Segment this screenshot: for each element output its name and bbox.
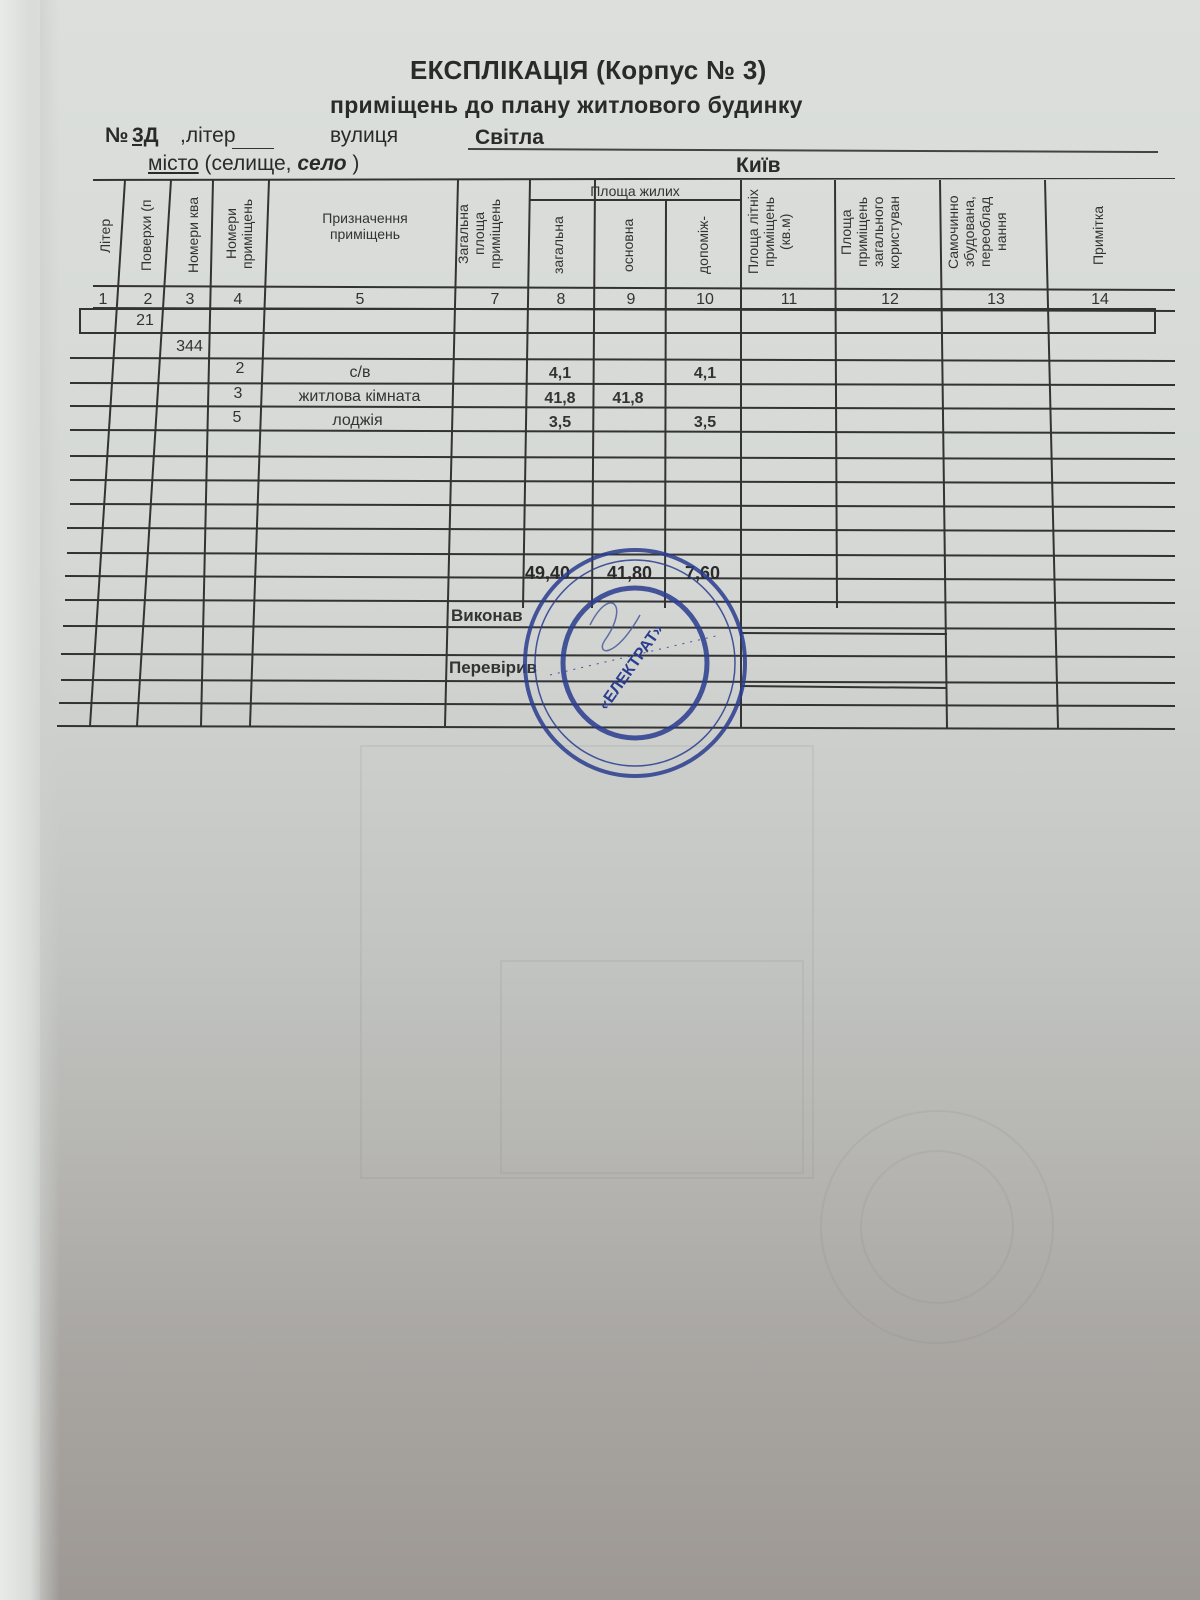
header-summer-area: Площа літніх приміщень (кв.м): [745, 182, 830, 282]
header-living-main: основна: [620, 206, 640, 284]
number-label: №: [105, 124, 128, 148]
street-label: вулиця: [330, 124, 398, 148]
floor-value: 21: [125, 312, 165, 330]
colnum-3: 3: [170, 291, 210, 309]
colnum-4: 4: [218, 291, 258, 309]
total-living-area: 49,40: [525, 563, 570, 584]
living-total-value: 3,5: [530, 414, 590, 432]
room-number: 5: [217, 409, 257, 427]
colnum-10: 10: [685, 291, 725, 309]
document-title: ЕКСПЛІКАЦІЯ (Корпус № 3): [410, 55, 767, 86]
room-purpose: житлова кімната: [267, 388, 452, 406]
header-floors: Поверхи (п: [138, 188, 158, 283]
colnum-5: 5: [340, 291, 380, 309]
colnum-9: 9: [611, 291, 651, 309]
living-aux-value: 4,1: [675, 365, 735, 383]
header-note: Примітка: [1090, 188, 1110, 283]
living-total-value: 41,8: [530, 390, 590, 408]
colnum-7: 7: [475, 291, 515, 309]
total-main-area: 41,80: [607, 563, 652, 584]
colnum-13: 13: [976, 291, 1016, 309]
city-label-town: місто: [148, 152, 199, 175]
document-subtitle: приміщень до плану житлового будинку: [330, 92, 803, 119]
colnum-14: 14: [1080, 291, 1120, 309]
colnum-8: 8: [541, 291, 581, 309]
header-liter: Літер: [97, 188, 117, 283]
room-number: 2: [220, 360, 260, 378]
liter-blank: [232, 148, 274, 149]
address-line: № 3Д ,літер вулиця Світла: [100, 124, 1180, 154]
header-living-auxiliary: допоміж-: [695, 206, 715, 284]
header-total-area: Загальна площа приміщень: [455, 182, 521, 286]
room-purpose: лоджія: [265, 412, 450, 430]
explication-table: Літер Поверхи (п Номери ква Номери примі…: [55, 178, 1180, 748]
checked-by-label: Перевірив: [449, 658, 537, 678]
city-label-village: село: [297, 152, 346, 175]
header-living-total: загальна: [550, 206, 570, 284]
room-purpose: с/в: [270, 364, 450, 382]
room-number: 3: [218, 385, 258, 403]
header-common-area: Площа приміщень загального користуван: [838, 182, 938, 282]
living-main-value: 41,8: [598, 390, 658, 408]
city-line: місто (селище, село ) Київ: [130, 152, 1180, 180]
city-value: Київ: [736, 154, 781, 178]
colnum-2: 2: [128, 291, 168, 309]
city-label-close: ): [347, 152, 360, 175]
apartment-value: 344: [167, 338, 212, 356]
header-living-area-group: Площа жилих: [535, 183, 735, 199]
header-self-built: Самочинно збудована, переоблад нання: [945, 182, 1040, 282]
city-label-rest: (селище,: [199, 152, 298, 175]
colnum-11: 11: [769, 291, 809, 309]
building-number: 3Д: [132, 124, 172, 148]
street-value: Світла: [475, 126, 544, 150]
performed-by-label: Виконав: [451, 606, 523, 626]
header-room-purpose: Призначення приміщень: [295, 210, 435, 242]
liter-label: ,літер: [180, 124, 236, 148]
bleedthrough-stamp-inner: [860, 1150, 1014, 1304]
colnum-1: 1: [83, 291, 123, 309]
living-aux-value: 3,5: [675, 414, 735, 432]
bleedthrough-room: [500, 960, 804, 1174]
total-aux-area: 7,60: [685, 563, 720, 584]
header-apartment-numbers: Номери ква: [185, 188, 205, 283]
city-label: місто (селище, село ): [148, 152, 359, 176]
living-total-value: 4,1: [530, 365, 590, 383]
header-room-numbers: Номери приміщень: [223, 184, 263, 284]
colnum-12: 12: [870, 291, 910, 309]
